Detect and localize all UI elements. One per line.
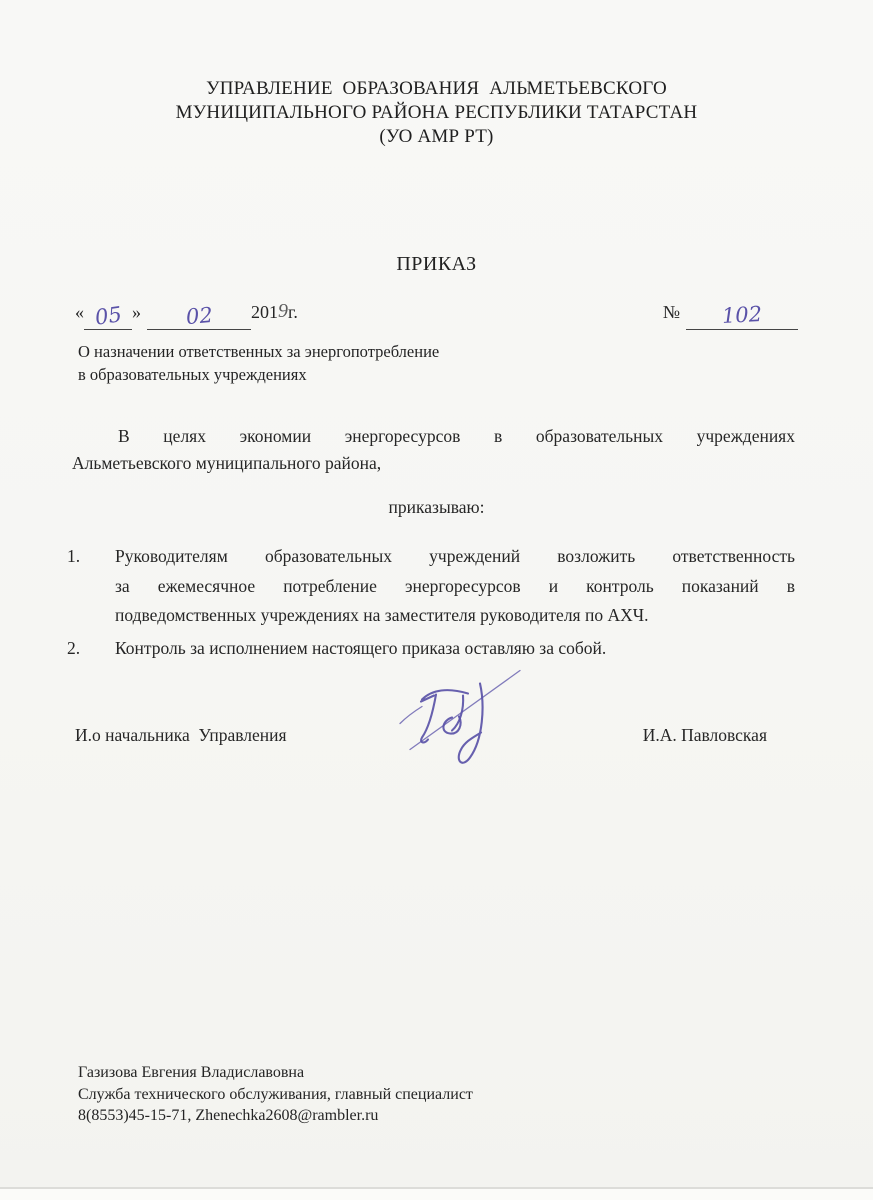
handwritten-day: 05 bbox=[93, 304, 122, 328]
order-number: №102 bbox=[663, 299, 798, 330]
contact-phone-email: 8(8553)45-15-71, Zhenechka2608@rambler.r… bbox=[78, 1105, 473, 1127]
scan-edge-strip bbox=[0, 1189, 873, 1200]
handwritten-signature bbox=[392, 664, 527, 776]
item-1-line-2: за ежемесячное потребление энергоресурсо… bbox=[115, 572, 795, 602]
intro-paragraph: В целях экономии энергоресурсов в образо… bbox=[72, 423, 795, 476]
intro-line-2: Альметьевского муниципального района, bbox=[72, 450, 795, 477]
number-blank: 102 bbox=[686, 306, 798, 330]
order-item-2: 2. Контроль за исполнением настоящего пр… bbox=[67, 634, 795, 664]
org-name-line-2: МУНИЦИПАЛЬНОГО РАЙОНА РЕСПУБЛИКИ ТАТАРСТ… bbox=[0, 101, 873, 125]
date-close-quote: » bbox=[132, 302, 141, 322]
date-open-quote: « bbox=[75, 302, 84, 322]
number-label: № bbox=[663, 302, 680, 322]
scanned-order-document: УПРАВЛЕНИЕ ОБРАЗОВАНИЯ АЛЬМЕТЬЕВСКОГО МУ… bbox=[0, 0, 873, 1200]
subject-line-1: О назначении ответственных за энергопотр… bbox=[78, 341, 439, 364]
item-1-line-1: Руководителям образовательных учреждений… bbox=[115, 542, 795, 572]
handwritten-number: 102 bbox=[721, 304, 762, 326]
date-number-line: «05»022019г. №102 bbox=[75, 299, 798, 330]
org-abbreviation: (УО АМР РТ) bbox=[0, 125, 873, 149]
date-day-blank: 05 bbox=[84, 306, 132, 330]
org-name-line-1: УПРАВЛЕНИЕ ОБРАЗОВАНИЯ АЛЬМЕТЬЕВСКОГО bbox=[0, 77, 873, 101]
item-2-number: 2. bbox=[67, 634, 115, 664]
date-month-blank: 02 bbox=[147, 306, 251, 330]
intro-line-1: В целях экономии энергоресурсов в образо… bbox=[72, 423, 795, 450]
date-year-suffix: г. bbox=[288, 302, 298, 322]
item-1-line-3: подведомственных учреждениях на заместит… bbox=[115, 601, 795, 631]
order-subject: О назначении ответственных за энергопотр… bbox=[78, 341, 439, 386]
signer-name: И.А. Павловская bbox=[643, 722, 767, 748]
order-item-1: 1. Руководителям образовательных учрежде… bbox=[67, 542, 795, 631]
item-1-text: Руководителям образовательных учреждений… bbox=[115, 542, 795, 631]
item-2-text: Контроль за исполнением настоящего прика… bbox=[115, 634, 795, 664]
handwritten-month: 02 bbox=[185, 305, 213, 327]
contact-name: Газизова Евгения Владиславовна bbox=[78, 1062, 473, 1084]
letterhead: УПРАВЛЕНИЕ ОБРАЗОВАНИЯ АЛЬМЕТЬЕВСКОГО МУ… bbox=[0, 77, 873, 149]
contact-footer: Газизова Евгения Владиславовна Служба те… bbox=[78, 1062, 473, 1127]
order-title: ПРИКАЗ bbox=[0, 253, 873, 276]
signer-position: И.о начальника Управления bbox=[75, 722, 287, 748]
date-year-printed: 201 bbox=[251, 302, 278, 322]
contact-department: Служба технического обслуживания, главны… bbox=[78, 1084, 473, 1106]
order-date: «05»022019г. bbox=[75, 299, 298, 330]
item-2-line-1: Контроль за исполнением настоящего прика… bbox=[115, 634, 795, 664]
handwritten-year-digit: 9 bbox=[278, 298, 288, 324]
item-1-number: 1. bbox=[67, 542, 115, 631]
subject-line-2: в образовательных учреждениях bbox=[78, 364, 439, 387]
decree-word: приказываю: bbox=[0, 497, 873, 518]
